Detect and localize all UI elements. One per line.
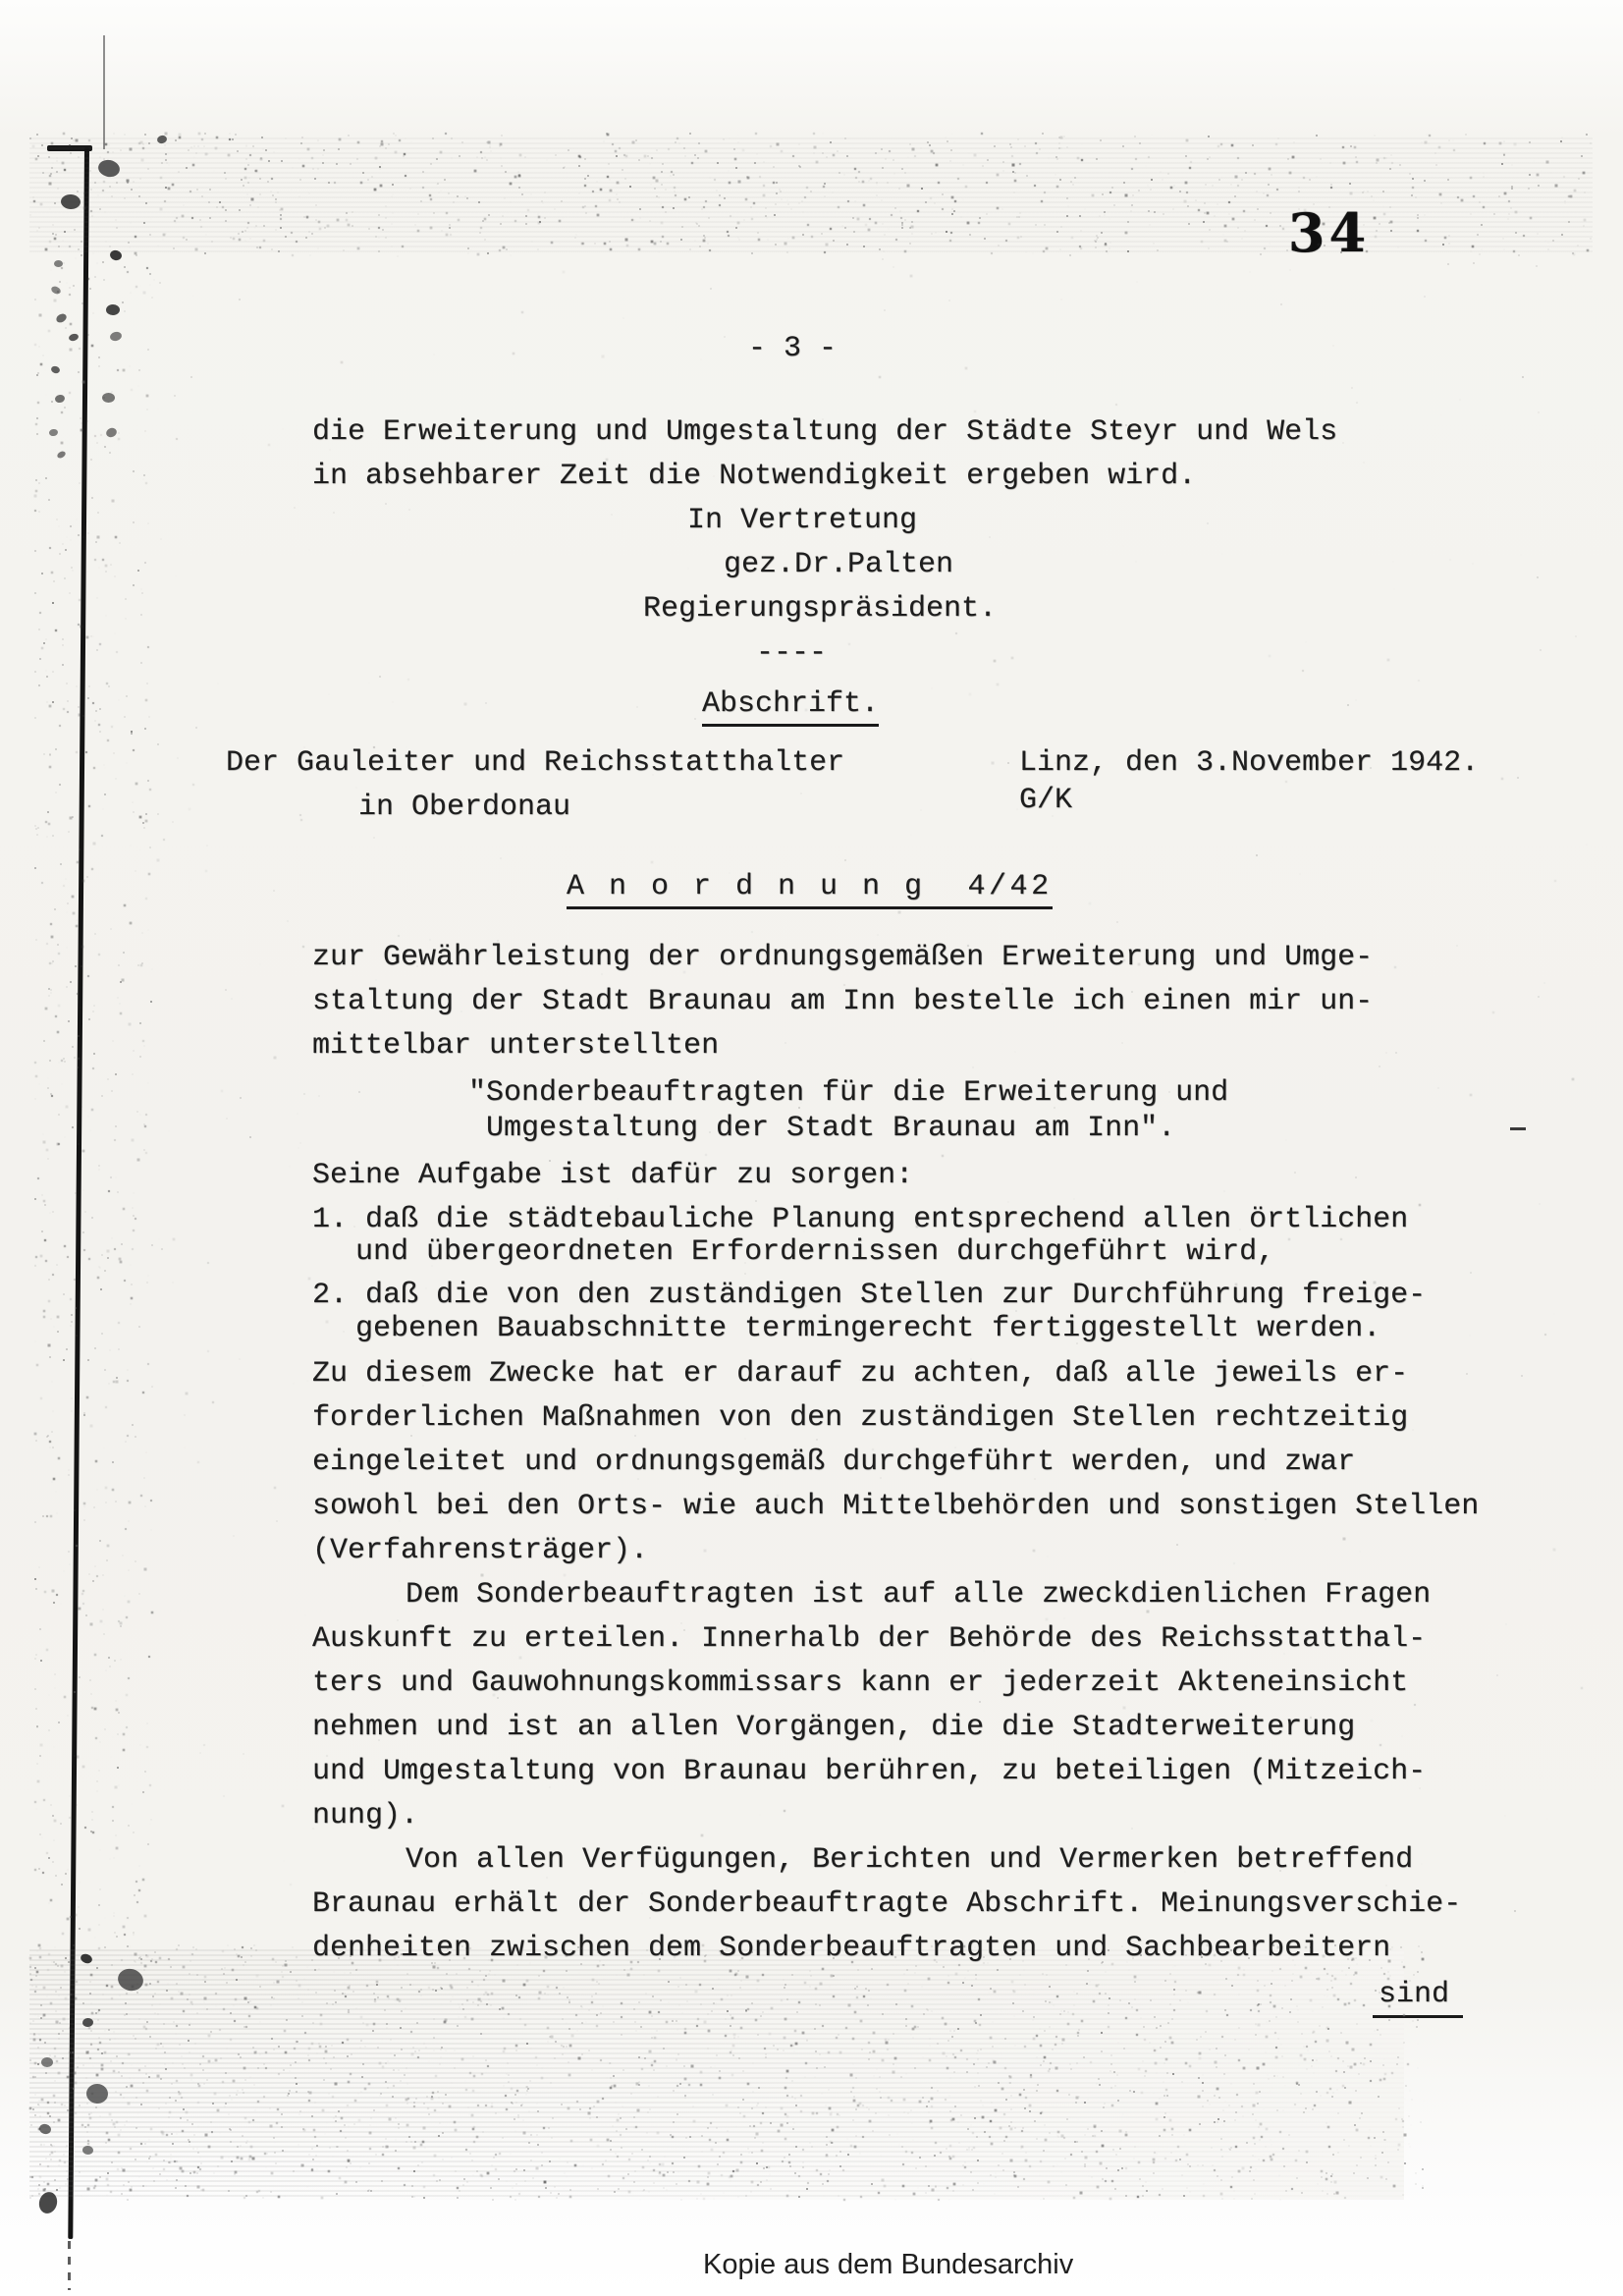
in-vertretung-line: In Vertretung — [687, 504, 917, 537]
ink-blob — [102, 393, 115, 403]
para2-line-5: (Verfahrensträger). — [312, 1534, 648, 1567]
ink-blob — [106, 304, 120, 315]
scan-binder-edge-line-tail — [68, 2241, 71, 2290]
para1-line-3: mittelbar unterstellten — [312, 1029, 719, 1063]
item1-line-1: 1. daß die städtebauliche Planung entspr… — [312, 1203, 1408, 1236]
sender-line-2: in Oberdonau — [358, 791, 570, 824]
ink-blob — [55, 312, 69, 324]
para3-line-4: nehmen und ist an allen Vorgängen, die d… — [312, 1711, 1355, 1744]
scan-noise-speckle — [34, 250, 36, 252]
ink-blob — [41, 2057, 53, 2067]
para3-line-6: nung). — [312, 1799, 418, 1832]
tasks-intro-line: Seine Aufgabe ist dafür zu sorgen: — [312, 1159, 913, 1192]
anordnung-heading: A n o r d n u n g 4/42 — [567, 870, 1053, 909]
para2-line-1: Zu diesem Zwecke hat er darauf zu achten… — [312, 1357, 1408, 1391]
abschrift-heading: Abschrift. — [702, 687, 879, 727]
scan-page: - 3 - 34 die Erweiterung und Umgestaltun… — [0, 0, 1623, 2296]
scan-edge-line-top — [103, 35, 105, 149]
catchword: sind — [1373, 1978, 1463, 2018]
para3-line-2: Auskunft zu erteilen. Innerhalb der Behö… — [312, 1622, 1426, 1656]
closing-line-2: in absehbarer Zeit die Notwendigkeit erg… — [312, 460, 1196, 493]
closing-line-1: die Erweiterung und Umgestaltung der Stä… — [312, 415, 1337, 449]
ink-blob — [68, 333, 80, 342]
scan-noise-fade — [29, 1949, 1404, 2200]
item2-line-2: gebenen Bauabschnitte termingerecht fert… — [355, 1312, 1380, 1345]
signer-role-line: Regierungspräsident. — [643, 592, 997, 626]
para4-line-3: denheiten zwischen dem Sonderbeauftragte… — [312, 1932, 1390, 1965]
quote-line-2: Umgestaltung der Stadt Braunau am Inn". — [486, 1112, 1175, 1145]
page-number: - 3 - — [748, 332, 837, 365]
sender-line-1: Der Gauleiter und Reichsstatthalter — [226, 746, 844, 780]
scan-noise-speckle — [137, 255, 139, 257]
para4-line-1: Von allen Verfügungen, Berichten und Ver… — [406, 1843, 1413, 1877]
archive-stamp: 34 — [1288, 201, 1370, 264]
scan-noise-speckle — [29, 1944, 31, 1946]
para2-line-2: forderlichen Maßnahmen von den zuständig… — [312, 1401, 1408, 1435]
para3-line-5: und Umgestaltung von Braunau berühren, z… — [312, 1755, 1426, 1788]
para1-line-2: staltung der Stadt Braunau am Inn bestel… — [312, 985, 1373, 1018]
signature-line: gez.Dr.Palten — [724, 548, 953, 581]
reference-line: G/K — [1019, 784, 1072, 817]
para2-line-3: eingeleitet und ordnungsgemäß durchgefüh… — [312, 1446, 1355, 1479]
ink-blob — [49, 428, 59, 436]
archive-watermark: Kopie aus dem Bundesarchiv — [703, 2249, 1073, 2281]
ink-blob — [50, 365, 61, 374]
ink-blob — [50, 285, 62, 296]
quote-line-1: "Sonderbeauftragten für die Erweiterung … — [468, 1076, 1228, 1110]
scan-noise-speckle — [29, 133, 31, 135]
para2-line-4: sowohl bei den Orts- wie auch Mittelbehö… — [312, 1490, 1479, 1523]
ink-blob — [54, 260, 63, 267]
item2-line-1: 2. daß die von den zuständigen Stellen z… — [312, 1279, 1426, 1312]
ink-blob — [105, 426, 119, 439]
ink-blob — [56, 450, 67, 460]
scanned-document: - 3 - 34 die Erweiterung und Umgestaltun… — [0, 0, 1623, 2296]
item1-line-2: und übergeordneten Erfordernissen durchg… — [355, 1235, 1274, 1269]
stray-mark — [1510, 1127, 1526, 1130]
section-divider: ---- — [756, 636, 827, 670]
ink-blob — [54, 394, 65, 404]
place-date-line: Linz, den 3.November 1942. — [1019, 746, 1479, 780]
ink-blob — [109, 331, 123, 343]
scan-binder-edge-line — [68, 147, 89, 2239]
para4-line-2: Braunau erhält der Sonderbeauftragte Abs… — [312, 1887, 1461, 1921]
para3-line-3: ters und Gauwohnungskommissars kann er j… — [312, 1667, 1408, 1700]
para3-line-1: Dem Sonderbeauftragten ist auf alle zwec… — [406, 1578, 1431, 1612]
para1-line-1: zur Gewährleistung der ordnungsgemäßen E… — [312, 941, 1373, 974]
